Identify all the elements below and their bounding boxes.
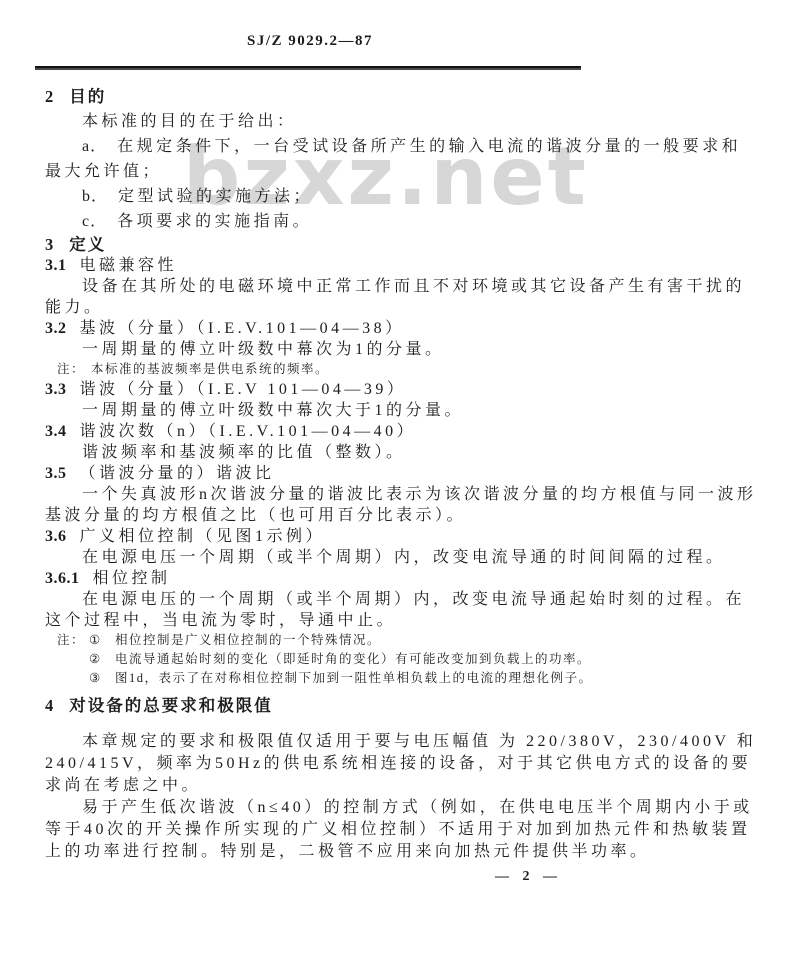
list-item-b-label: b． — [82, 188, 108, 205]
section-4-heading: 4对设备的总要求和极限值 — [45, 695, 757, 717]
list-item-c: c．各项要求的实施指南。 — [45, 209, 757, 234]
list-item-a-label: a． — [82, 138, 107, 155]
notes-label-spacer — [57, 669, 89, 688]
notes-label-spacer — [57, 650, 89, 669]
section-2-title: 目的 — [69, 87, 106, 106]
note-3-text: 图1d，表示了在对称相位控制下加到一阻性单相负载上的电流的理想化例子。 — [115, 669, 757, 688]
definition-3-1-number: 3.1 — [45, 257, 67, 274]
list-item-c-label: c． — [82, 213, 107, 230]
section-3-number: 3 — [45, 235, 53, 254]
definition-3-4-number: 3.4 — [45, 423, 67, 440]
list-item-a-text: 在规定条件下，一台受试设备所产生的输入电流的谐波分量的一般要求和最大允许值； — [45, 138, 741, 180]
definition-3-2-note: 注：本标准的基波频率是供电系统的频率。 — [57, 360, 757, 379]
header-rule — [35, 66, 581, 70]
definition-3-6-1-number: 3.6.1 — [45, 570, 80, 587]
definition-3-1-term: 电磁兼容性 — [80, 257, 178, 274]
definition-3-2-heading: 3.2基波（分量）（I.E.V.101—04—38） — [45, 318, 757, 339]
page-content: 2目的 本标准的目的在于给出： a．在规定条件下，一台受试设备所产生的输入电流的… — [45, 78, 757, 863]
note-label: 注： — [57, 362, 85, 376]
definition-3-6-1-heading: 3.6.1相位控制 — [45, 568, 757, 589]
note-row-1: 注： ① 相位控制是广义相位控制的一个特殊情况。 — [57, 631, 757, 650]
list-item-b: b．定型试验的实施方法； — [45, 184, 757, 209]
definition-3-3-body: 一周期量的傅立叶级数中幕次大于1的分量。 — [45, 400, 757, 421]
definition-3-5-body: 一个失真波形n次谐波分量的谐波比表示为该次谐波分量的均方根值与同一波形基波分量的… — [45, 484, 757, 526]
note-2-marker: ② — [89, 650, 115, 669]
section-2-heading: 2目的 — [45, 84, 757, 109]
section-3-heading: 3定义 — [45, 234, 757, 255]
phase-control-notes: 注： ① 相位控制是广义相位控制的一个特殊情况。 ② 电流导通起始时刻的变化（即… — [57, 631, 757, 688]
definition-3-2-body: 一周期量的傅立叶级数中幕次为1的分量。 — [45, 339, 757, 360]
standard-code: SJ/Z 9029.2—87 — [247, 33, 373, 50]
section-2-intro: 本标准的目的在于给出： — [45, 109, 757, 134]
note-row-2: ② 电流导通起始时刻的变化（即延时角的变化）有可能改变加到负载上的功率。 — [57, 650, 757, 669]
definition-3-4-body: 谐波频率和基波频率的比值（整数）。 — [45, 442, 757, 463]
definition-3-3-heading: 3.3谐波（分量）（I.E.V 101—04—39） — [45, 379, 757, 400]
note-1-marker: ① — [89, 631, 115, 650]
page-number: — 2 — — [495, 869, 562, 885]
definition-3-1-heading: 3.1电磁兼容性 — [45, 255, 757, 276]
definition-3-2-term: 基波（分量）（I.E.V.101—04—38） — [80, 320, 405, 337]
definition-3-3-number: 3.3 — [45, 381, 67, 398]
definition-3-6-term: 广义相位控制（见图1示例） — [80, 528, 326, 545]
section-purpose: 2目的 本标准的目的在于给出： a．在规定条件下，一台受试设备所产生的输入电流的… — [45, 84, 757, 234]
list-item-c-text: 各项要求的实施指南。 — [117, 213, 312, 230]
list-item-a: a．在规定条件下，一台受试设备所产生的输入电流的谐波分量的一般要求和最大允许值； — [45, 134, 757, 184]
definition-3-4-heading: 3.4谐波次数（n）（I.E.V.101—04—40） — [45, 421, 757, 442]
section-definitions: 3定义 3.1电磁兼容性 设备在其所处的电磁环境中正常工作而且不对环境或其它设备… — [45, 234, 757, 688]
scanned-standard-page: bzxz.net SJ/Z 9029.2—87 2目的 本标准的目的在于给出： … — [0, 0, 800, 971]
definition-3-5-number: 3.5 — [45, 465, 67, 482]
definition-3-6-1-body: 在电源电压的一个周期（或半个周期）内，改变电流导通起始时刻的过程。在这个过程中，… — [45, 589, 757, 631]
note-3-marker: ③ — [89, 669, 115, 688]
definition-3-6-number: 3.6 — [45, 528, 67, 545]
definition-3-6-1-term: 相位控制 — [93, 570, 171, 587]
definition-3-6-body: 在电源电压一个周期（或半个周期）内，改变电流导通的时间间隔的过程。 — [45, 547, 757, 568]
note-1-text: 相位控制是广义相位控制的一个特殊情况。 — [115, 631, 757, 650]
definition-3-4-term: 谐波次数（n）（I.E.V.101—04—40） — [80, 423, 417, 440]
list-item-b-text: 定型试验的实施方法； — [118, 188, 313, 205]
definition-3-1-body: 设备在其所处的电磁环境中正常工作而且不对环境或其它设备产生有害干扰的能力。 — [45, 276, 757, 318]
section-4-paragraph-1: 本章规定的要求和极限值仅适用于要与电压幅值 为 220/380V，230/400… — [45, 731, 757, 797]
section-4-number: 4 — [45, 696, 53, 715]
definition-3-6-heading: 3.6广义相位控制（见图1示例） — [45, 526, 757, 547]
section-requirements: 4对设备的总要求和极限值 本章规定的要求和极限值仅适用于要与电压幅值 为 220… — [45, 695, 757, 863]
definition-3-3-term: 谐波（分量）（I.E.V 101—04—39） — [80, 381, 407, 398]
section-2-number: 2 — [45, 87, 53, 106]
section-4-paragraph-2: 易于产生低次谐波（n≤40）的控制方式（例如，在供电电压半个周期内小于或等于40… — [45, 797, 757, 863]
definition-3-2-number: 3.2 — [45, 320, 67, 337]
notes-label: 注： — [57, 631, 89, 650]
section-3-title: 定义 — [69, 235, 106, 254]
note-text: 本标准的基波频率是供电系统的频率。 — [91, 362, 329, 376]
definition-3-5-term: （谐波分量的）谐波比 — [80, 465, 275, 482]
note-row-3: ③ 图1d，表示了在对称相位控制下加到一阻性单相负载上的电流的理想化例子。 — [57, 669, 757, 688]
note-2-text: 电流导通起始时刻的变化（即延时角的变化）有可能改变加到负载上的功率。 — [115, 650, 757, 669]
definition-3-5-heading: 3.5（谐波分量的）谐波比 — [45, 463, 757, 484]
section-4-title: 对设备的总要求和极限值 — [69, 696, 273, 715]
